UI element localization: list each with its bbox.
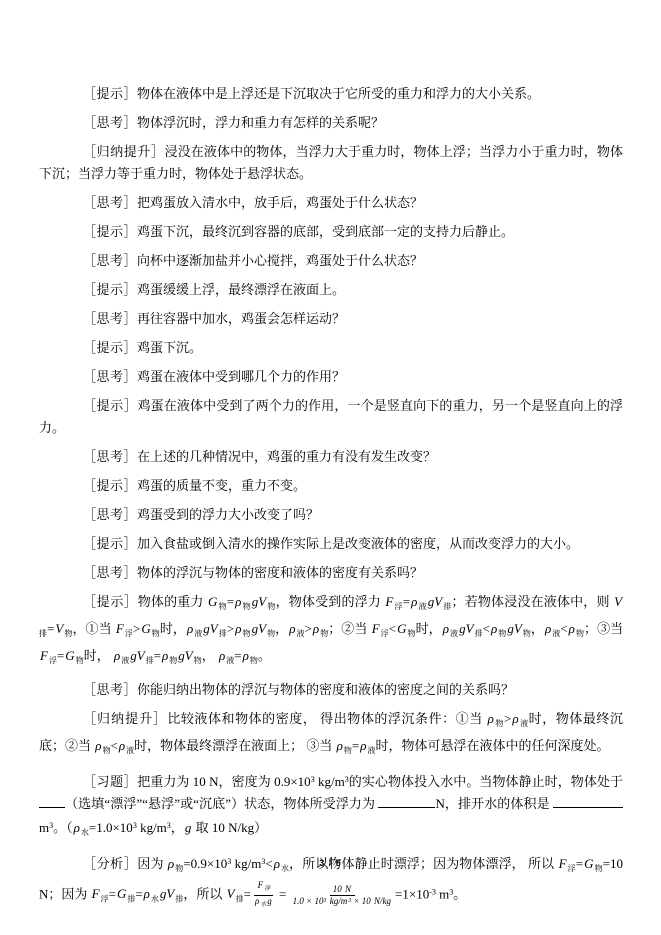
math-variable: G <box>116 886 127 901</box>
fraction: 10 N1.0 × 103 kg/m3 × 10 N/kg <box>292 884 393 907</box>
math-variable: gV <box>506 621 522 636</box>
doc-paragraph-hint: ［提示］物体在液体中是上浮还是下沉取决于它所受的重力和浮力的大小关系。 <box>39 83 623 105</box>
answer-blank <box>553 795 623 808</box>
doc-paragraph-exercise: ［习题］把重力为 10 N，密度为 0.9×103 kg/m3的实心物体投入水中… <box>39 769 623 844</box>
math-subscript: 排 <box>219 629 227 638</box>
math-variable: V <box>613 594 623 609</box>
math-variable: F <box>371 621 381 636</box>
math-variable: F <box>91 886 101 901</box>
math-variable: gV <box>458 621 474 636</box>
math-subscript: 液 <box>418 602 426 611</box>
math-variable: ρ <box>143 886 151 901</box>
math-subscript: 排 <box>236 894 244 903</box>
math-subscript: 水 <box>151 894 159 903</box>
math-variable: F <box>384 594 394 609</box>
math-subscript: 物 <box>267 602 275 611</box>
math-subscript: 物 <box>152 629 160 638</box>
paragraph-label: ［提示］ <box>83 478 137 493</box>
paragraph-label: ［归纳提升］ <box>83 711 167 726</box>
doc-paragraph-think: ［思考］鸡蛋在液体中受到哪几个力的作用？ <box>39 366 623 388</box>
page-number: 3 / 6 <box>0 858 661 868</box>
math-variable: ρ <box>161 648 169 663</box>
math-variable: ρ <box>113 648 121 663</box>
doc-paragraph-think: ［思考］向杯中逐渐加盐并小心搅拌，鸡蛋处于什么状态？ <box>39 250 623 272</box>
paragraph-label: ［提示］ <box>83 224 137 239</box>
paragraph-label: ［提示］ <box>83 398 138 413</box>
math-variable: gV <box>159 886 175 901</box>
document-page: ［提示］物体在液体中是上浮还是下沉取决于它所受的重力和浮力的大小关系。［思考］物… <box>0 0 661 935</box>
doc-paragraph-hint: ［提示］鸡蛋的质量不变，重力不变。 <box>39 475 623 497</box>
answer-blank <box>39 795 65 808</box>
paragraph-label: ［思考］ <box>83 253 137 268</box>
math-subscript: 物 <box>576 629 584 638</box>
math-variable: G <box>64 648 75 663</box>
math-variable: F <box>257 880 265 890</box>
math-variable: N/kg <box>373 896 392 906</box>
math-subscript: 液 <box>520 719 529 728</box>
math-variable: gV <box>177 648 193 663</box>
paragraph-label: ［提示］ <box>83 282 137 297</box>
math-variable: F <box>115 621 125 636</box>
math-variable: ρ <box>312 621 320 636</box>
math-variable: ρ <box>487 711 495 726</box>
math-subscript: 浮 <box>49 656 57 665</box>
math-variable: gV <box>129 648 145 663</box>
paragraph-label: ［思考］ <box>83 565 137 580</box>
paragraph-label: ［习题］ <box>83 774 137 789</box>
doc-paragraph-hint: ［提示］鸡蛋缓缓上浮，最终漂浮在液面上。 <box>39 279 623 301</box>
doc-paragraph-hint: ［提示］鸡蛋在液体中受到了两个力的作用，一个是竖直向下的重力，另一个是竖直向上的… <box>39 395 623 439</box>
paragraph-label: ［思考］ <box>83 449 137 464</box>
math-subscript: 物 <box>408 629 416 638</box>
math-subscript: 浮 <box>125 629 133 638</box>
doc-paragraph-think: ［思考］在上述的几种情况中，鸡蛋的重力有没有发生改变？ <box>39 446 623 468</box>
math-subscript: 排 <box>39 629 47 638</box>
math-subscript: 物 <box>267 629 275 638</box>
math-variable: F <box>39 648 49 663</box>
math-subscript: 物 <box>242 602 250 611</box>
math-variable: gV <box>251 594 267 609</box>
math-variable: ρ <box>94 738 102 753</box>
math-variable: N <box>344 884 352 894</box>
doc-paragraph-hint: ［提示］鸡蛋下沉，最终沉到容器的底部，受到底部一定的支持力后静止。 <box>39 221 623 243</box>
math-subscript: 排 <box>146 656 154 665</box>
math-subscript: 液 <box>296 629 304 638</box>
math-variable: ρ <box>568 621 576 636</box>
math-subscript: 物 <box>250 656 258 665</box>
math-variable: ρ <box>336 738 344 753</box>
paragraph-label: ［归纳提升］ <box>83 144 165 159</box>
math-variable: gV <box>202 621 218 636</box>
math-variable: V <box>54 621 64 636</box>
math-subscript: 浮 <box>264 886 270 892</box>
paragraph-label: ［思考］ <box>83 507 137 522</box>
doc-paragraph-think: ［思考］鸡蛋受到的浮力大小改变了吗？ <box>39 504 623 526</box>
math-subscript: 液 <box>121 656 129 665</box>
math-subscript: 物 <box>344 746 352 755</box>
math-variable: ρ <box>186 621 194 636</box>
math-variable: ρ <box>242 648 250 663</box>
math-variable: g <box>266 896 273 906</box>
doc-paragraph-think: ［思考］把鸡蛋放入清水中，放手后，鸡蛋处于什么状态？ <box>39 192 623 214</box>
paragraph-label: ［提示］ <box>83 594 138 609</box>
answer-blank <box>378 795 435 808</box>
math-variable: kg/m <box>329 896 349 906</box>
doc-paragraph-hint: ［提示］物体的重力 G物=ρ物gV物，物体受到的浮力 F浮=ρ液gV排；若物体浸… <box>39 591 623 672</box>
math-variable: gV <box>427 594 443 609</box>
doc-paragraph-hint: ［提示］加入食盐或倒入清水的操作实际上是改变液体的密度，从而改变浮力的大小。 <box>39 533 623 555</box>
paragraph-label: ［提示］ <box>83 86 137 101</box>
doc-paragraph-hint: ［提示］鸡蛋下沉。 <box>39 337 623 359</box>
paragraph-label: ［思考］ <box>83 311 137 326</box>
math-variable: ρ <box>73 820 81 835</box>
paragraph-label: ［思考］ <box>83 369 137 384</box>
math-subscript: 物 <box>495 719 504 728</box>
doc-paragraph-think: ［思考］物体浮沉时，浮力和重力有怎样的关系呢？ <box>39 112 623 134</box>
math-variable: ρ <box>218 648 226 663</box>
math-variable: ρ <box>118 738 126 753</box>
paragraph-label: ［思考］ <box>83 195 137 210</box>
math-variable: G <box>140 621 151 636</box>
math-subscript: 物 <box>242 629 250 638</box>
math-subscript: 排 <box>443 602 451 611</box>
math-subscript: 液 <box>126 746 134 755</box>
math-subscript: 物 <box>76 656 84 665</box>
paragraph-label: ［思考］ <box>83 682 137 697</box>
math-variable: G <box>207 594 218 609</box>
doc-paragraph-think: ［思考］再往容器中加水，鸡蛋会怎样运动？ <box>39 308 623 330</box>
math-variable: V <box>226 886 236 901</box>
doc-paragraph-summary: ［归纳提升］比较液体和物体的密度， 得出物体的浮沉条件：①当 ρ物>ρ液时，物体… <box>39 708 623 762</box>
math-subscript: 浮 <box>394 602 402 611</box>
math-variable: ρ <box>442 621 450 636</box>
document-body: ［提示］物体在液体中是上浮还是下沉取决于它所受的重力和浮力的大小关系。［思考］物… <box>39 83 623 918</box>
math-subscript: 浮 <box>381 629 389 638</box>
paragraph-label: ［提示］ <box>83 536 137 551</box>
doc-paragraph-think: ［思考］物体的浮沉与物体的密度和液体的密度有关系吗？ <box>39 562 623 584</box>
math-variable: ρ <box>490 621 498 636</box>
math-subscript: 物 <box>523 629 531 638</box>
math-subscript: 排 <box>475 629 483 638</box>
math-subscript: 物 <box>103 746 111 755</box>
math-variable: gV <box>251 621 267 636</box>
math-variable: ρ <box>544 621 552 636</box>
math-superscript: -3 <box>429 887 436 896</box>
math-subscript: 水 <box>81 828 89 837</box>
math-subscript: 浮 <box>101 894 109 903</box>
doc-paragraph-summary: ［归纳提升］浸没在液体中的物体，当浮力大于重力时，物体上浮；当浮力小于重力时，物… <box>39 141 623 185</box>
math-subscript: 物 <box>194 656 202 665</box>
math-subscript: 物 <box>218 602 226 611</box>
math-variable: ρ <box>511 711 519 726</box>
math-variable: G <box>396 621 407 636</box>
paragraph-label: ［思考］ <box>83 115 137 130</box>
fraction: F浮ρ水g <box>253 880 274 911</box>
doc-paragraph-think: ［思考］你能归纳出物体的浮沉与物体的密度和液体的密度之间的关系吗？ <box>39 679 623 701</box>
math-subscript: 液 <box>450 629 458 638</box>
paragraph-label: ［提示］ <box>83 340 137 355</box>
